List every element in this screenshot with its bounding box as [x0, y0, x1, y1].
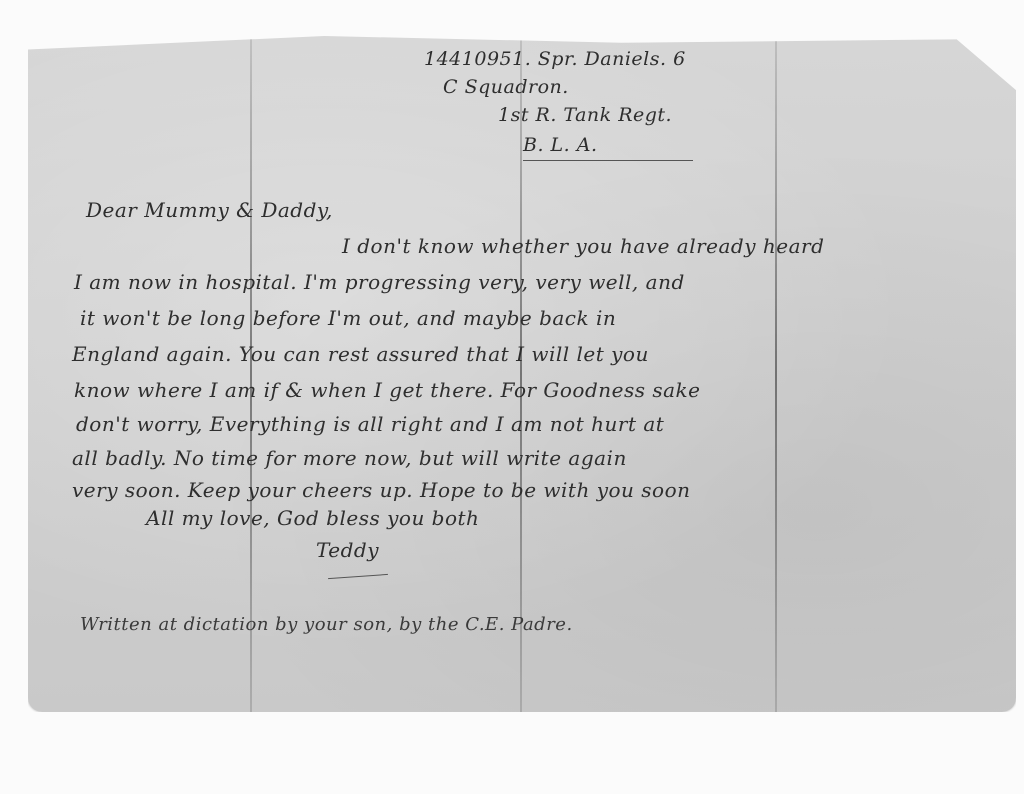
- signature-underline: [328, 574, 388, 579]
- fold-line: [250, 36, 252, 712]
- torn-edge: [336, 712, 364, 726]
- salutation: Dear Mummy & Daddy,: [86, 198, 333, 222]
- body-line: I don't know whether you have already he…: [342, 234, 824, 258]
- signature: Teddy: [316, 538, 379, 562]
- body-line: England again. You can rest assured that…: [72, 342, 649, 366]
- torn-edge: [538, 712, 688, 726]
- letter-paper: 14410951. Spr. Daniels. 6 C Squadron. 1s…: [28, 36, 1016, 712]
- unit-line: C Squadron.: [443, 76, 569, 98]
- closing: All my love, God bless you both: [146, 506, 479, 530]
- fold-line: [775, 36, 777, 712]
- postscript: Written at dictation by your son, by the…: [80, 614, 573, 635]
- location-line: B. L. A.: [523, 134, 598, 156]
- regiment-line: 1st R. Tank Regt.: [498, 104, 672, 126]
- address-underline: [523, 160, 693, 161]
- body-line: all badly. No time for more now, but wil…: [72, 446, 627, 470]
- body-line: it won't be long before I'm out, and may…: [80, 306, 616, 330]
- torn-edge: [713, 712, 763, 726]
- torn-edge: [290, 712, 312, 726]
- fold-line: [520, 36, 522, 712]
- torn-edge: [448, 712, 504, 726]
- service-number-line: 14410951. Spr. Daniels. 6: [424, 48, 686, 70]
- body-line: very soon. Keep your cheers up. Hope to …: [72, 478, 691, 502]
- body-line: don't worry, Everything is all right and…: [76, 412, 664, 436]
- body-line: I am now in hospital. I'm progressing ve…: [74, 270, 685, 294]
- body-line: know where I am if & when I get there. F…: [74, 378, 701, 402]
